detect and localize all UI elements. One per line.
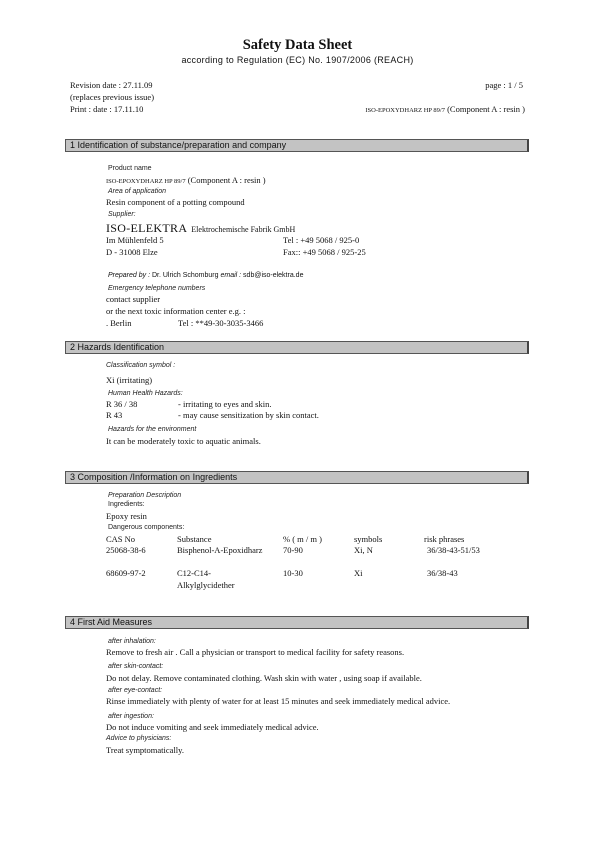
- ingredients-value: Epoxy resin: [106, 511, 147, 521]
- column-header-risk: risk phrases: [424, 534, 464, 544]
- application-label: Area of application: [108, 188, 166, 195]
- section-2-heading: 2 Hazards Identification: [65, 341, 529, 354]
- supplier-label: Supplier:: [108, 211, 136, 218]
- cell-risk: 36/38-43-51/53: [427, 545, 480, 555]
- first-aid-label: Advice to physicians:: [106, 735, 171, 742]
- cell-symbols: Xi: [354, 568, 363, 578]
- hazard-text: - irritating to eyes and skin.: [178, 399, 271, 409]
- product-component: (Component A : resin ): [447, 104, 525, 114]
- supplier-fax: Fax:: +49 5068 / 925-25: [283, 247, 366, 257]
- first-aid-label: after eye-contact:: [108, 687, 162, 694]
- supplier-phone: Tel : +49 5068 / 925-0: [283, 235, 359, 245]
- product-component: (Component A : resin ): [188, 175, 266, 185]
- document-title: Safety Data Sheet: [0, 37, 595, 54]
- prepared-by-value: Dr. Ulrich Schomburg: [152, 272, 219, 279]
- first-aid-text: Remove to fresh air . Call a physician o…: [106, 647, 404, 657]
- product-name-value: ISO-EPOXYDHARZ HP 89/7 (Component A : re…: [106, 175, 266, 185]
- page-number: page : 1 / 5: [485, 80, 523, 90]
- classification-label: Classification symbol :: [106, 362, 175, 369]
- print-date: Print : date : 17.11.10: [70, 104, 143, 114]
- cell-cas: 25068-38-6: [106, 545, 146, 555]
- product-header: ISO-EPOXYDHARZ HP 89/7 (Component A : re…: [365, 104, 525, 114]
- column-header-percent: % ( m / m ): [283, 534, 322, 544]
- column-header-substance: Substance: [177, 534, 211, 544]
- dangerous-components-label: Dangerous components:: [108, 524, 184, 531]
- address-city: D - 31008 Elze: [106, 247, 158, 257]
- health-hazards-label: Human Health Hazards:: [108, 390, 183, 397]
- classification-value: Xi (irritating): [106, 375, 152, 385]
- section-3-heading: 3 Composition /Information on Ingredient…: [65, 471, 529, 484]
- prepared-by: Prepared by : Dr. Ulrich Schomburg email…: [108, 272, 303, 279]
- application-value: Resin component of a potting compound: [106, 197, 245, 207]
- section-4-heading: 4 First Aid Measures: [65, 616, 529, 629]
- section-1-heading: 1 Identification of substance/preparatio…: [65, 139, 529, 152]
- ingredients-label: Ingredients:: [108, 501, 145, 508]
- environment-value: It can be moderately toxic to aquatic an…: [106, 436, 261, 446]
- environment-label: Hazards for the environment: [108, 426, 196, 433]
- hazard-code: R 36 / 38: [106, 399, 137, 409]
- emergency-line-1: contact supplier: [106, 294, 160, 304]
- hazard-code: R 43: [106, 410, 122, 420]
- cell-substance: Bisphenol-A-Epoxidharz: [177, 545, 262, 555]
- supplier-brand: ISO-ELEKTRA: [106, 221, 187, 235]
- cell-percent: 70-90: [283, 545, 303, 555]
- address-street: Im Mühlenfeld 5: [106, 235, 164, 245]
- preparation-label: Preparation Description: [108, 492, 181, 499]
- column-header-symbols: symbols: [354, 534, 382, 544]
- first-aid-text: Do not delay. Remove contaminated clothi…: [106, 673, 422, 683]
- email-label: email :: [220, 272, 241, 279]
- hazard-text: - may cause sensitization by skin contac…: [178, 410, 319, 420]
- cell-substance-cont: Alkylglycidether: [177, 580, 235, 590]
- first-aid-text: Treat symptomatically.: [106, 745, 184, 755]
- revision-date: Revision date : 27.11.09: [70, 80, 153, 90]
- column-header-cas: CAS No: [106, 534, 135, 544]
- cell-percent: 10-30: [283, 568, 303, 578]
- cell-symbols: Xi, N: [354, 545, 373, 555]
- email-value[interactable]: sdb@iso-elektra.de: [243, 272, 303, 279]
- cell-risk: 36/38-43: [427, 568, 458, 578]
- product-code: ISO-EPOXYDHARZ HP 89/7: [106, 178, 186, 185]
- replaces-note: (replaces previous issue): [70, 92, 154, 102]
- first-aid-label: after inhalation:: [108, 638, 156, 645]
- cell-cas: 68609-97-2: [106, 568, 146, 578]
- first-aid-text: Rinse immediately with plenty of water f…: [106, 696, 450, 706]
- product-code: ISO-EPOXYDHARZ HP 89/7: [365, 107, 445, 114]
- emergency-phone: Tel : **49-30-3035-3466: [178, 318, 263, 328]
- first-aid-label: after skin-contact:: [108, 663, 163, 670]
- supplier-company: Elektrochemische Fabrik GmbH: [191, 225, 295, 234]
- cell-substance: C12-C14-: [177, 568, 211, 578]
- emergency-label: Emergency telephone numbers: [108, 285, 205, 292]
- product-name-label: Product name: [108, 165, 152, 172]
- emergency-city: . Berlin: [106, 318, 132, 328]
- emergency-line-2: or the next toxic information center e.g…: [106, 306, 246, 316]
- prepared-by-label: Prepared by :: [108, 272, 150, 279]
- document-subtitle: according to Regulation (EC) No. 1907/20…: [0, 55, 595, 65]
- first-aid-text: Do not induce vomiting and seek immediat…: [106, 722, 319, 732]
- first-aid-label: after ingestion:: [108, 713, 154, 720]
